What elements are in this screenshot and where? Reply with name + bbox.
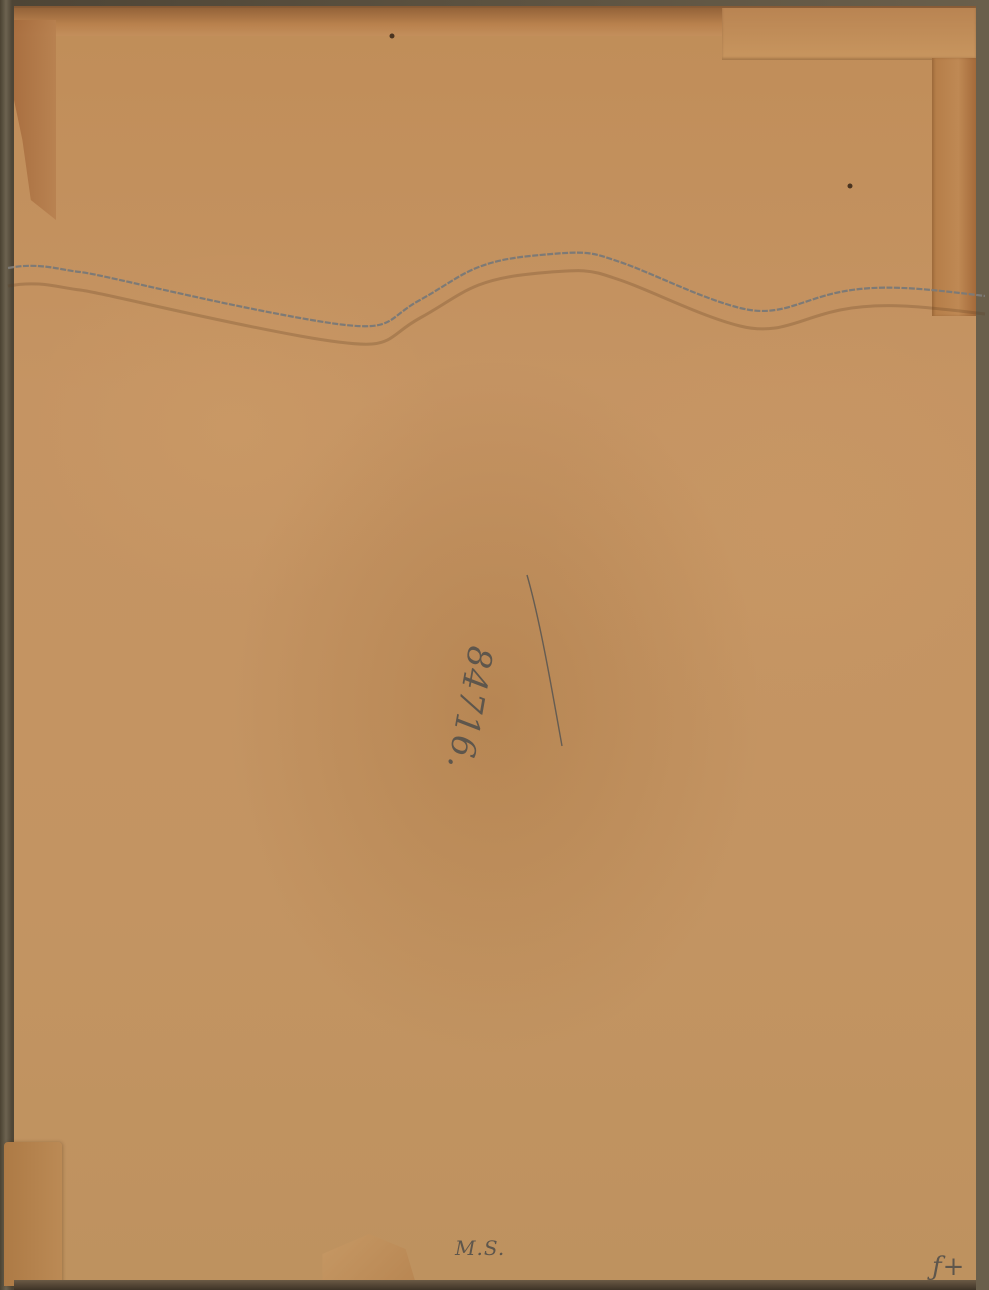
kraft-paper-backing <box>14 8 976 1284</box>
pencil-initials: M.S. <box>455 1236 505 1260</box>
tape-top-right <box>722 8 976 60</box>
pencil-corner-mark: ƒ+ <box>932 1252 965 1282</box>
tape-bottom-left <box>4 1142 62 1286</box>
tape-right-edge <box>932 58 976 316</box>
frame-bottom-edge <box>14 1280 976 1290</box>
